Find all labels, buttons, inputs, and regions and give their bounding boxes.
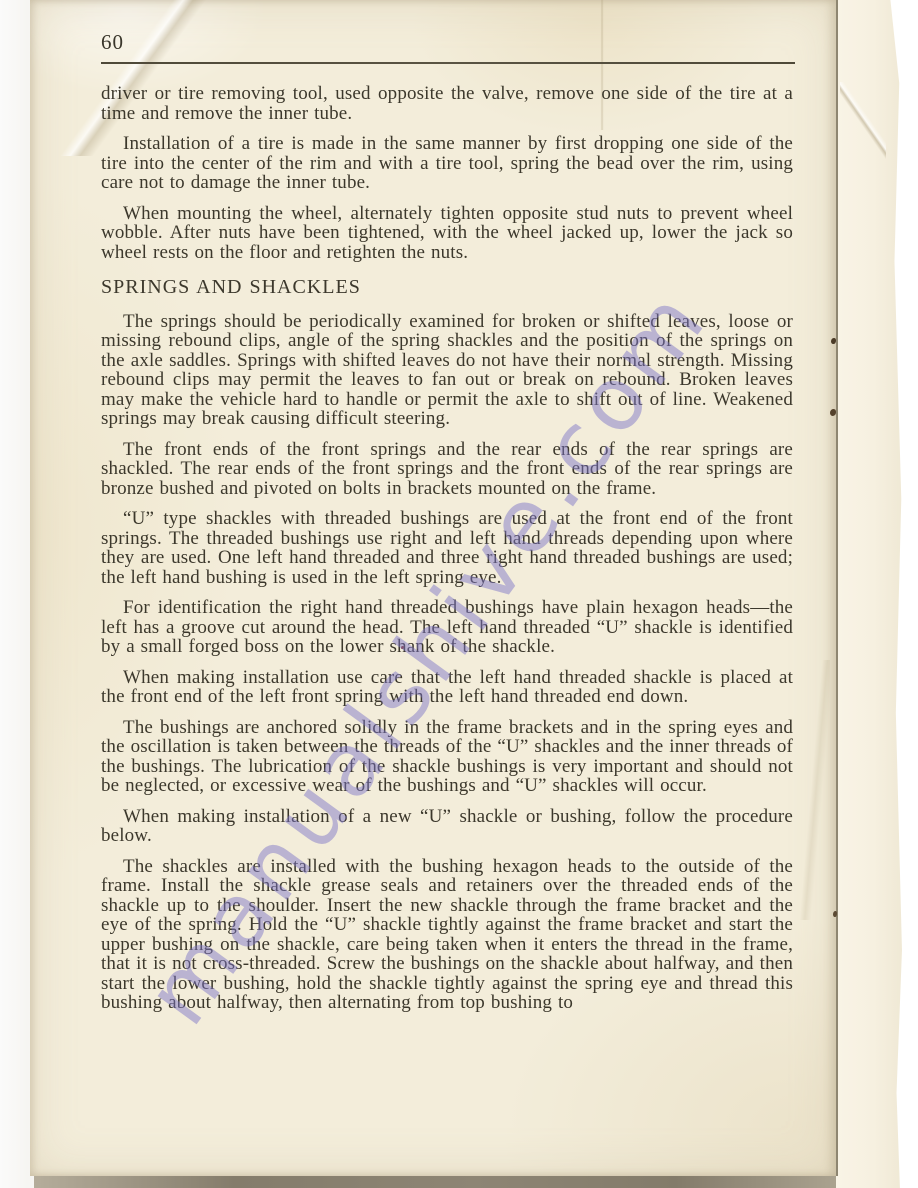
header-rule (101, 62, 795, 64)
paragraph: When mounting the wheel, alternately tig… (101, 204, 793, 263)
paper-crease (800, 660, 830, 920)
scanned-page: 60 driver or tire removing tool, used op… (0, 0, 918, 1188)
page-number: 60 (101, 30, 124, 55)
paragraph: When making installation of a new “U” sh… (101, 807, 793, 846)
page-fold-crease (840, 82, 886, 160)
under-page-edge (836, 0, 904, 1188)
paragraph: When making installation use care that t… (101, 668, 793, 707)
scan-bottom-edge (34, 1176, 836, 1188)
paragraph: The front ends of the front springs and … (101, 440, 793, 499)
section-heading: SPRINGS AND SHACKLES (101, 278, 793, 298)
paragraph: driver or tire removing tool, used oppos… (101, 84, 793, 123)
page-body: driver or tire removing tool, used oppos… (101, 84, 793, 1024)
paragraph: For identification the right hand thread… (101, 598, 793, 657)
paragraph: Installation of a tire is made in the sa… (101, 134, 793, 193)
paragraph: “U” type shackles with threaded bushings… (101, 509, 793, 587)
paragraph: The springs should be periodically exami… (101, 312, 793, 429)
manual-page: 60 driver or tire removing tool, used op… (30, 0, 838, 1176)
paragraph: The shackles are installed with the bush… (101, 857, 793, 1013)
paragraph: The bushings are anchored solidly in the… (101, 718, 793, 796)
